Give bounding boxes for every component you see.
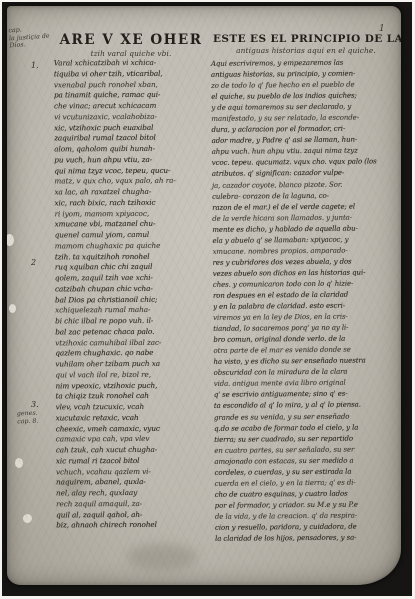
kiche-header: ARE V XE OHER tzih varal quiche vbi. <box>51 32 211 58</box>
paper-chip <box>15 458 23 468</box>
scan-frame: cap. la justiçia de Dios. 1 ARE V XE OHE… <box>0 0 415 599</box>
kiche-text-line: ri iyom, mamom xpiyacoc, <box>55 208 209 220</box>
margin-note-line: genes. <box>17 410 39 418</box>
kiche-text-line: pa tinamit quiche, ramac qui- <box>54 90 208 102</box>
kiche-text-line: pu vuch, hun ahpu vtiu, za- <box>54 154 208 166</box>
paragraph-number-2: 2 <box>31 258 36 267</box>
kiche-text-line: quenel camul yiom, camul <box>55 230 209 242</box>
kiche-text-line: xic, rach bixic, rach tzihoxic <box>54 197 208 209</box>
spanish-text-line: manifestado, y su ser relatado, la escon… <box>211 112 399 125</box>
spanish-text-column: Aqui escriviremos, y empezaremos lasanti… <box>211 57 401 545</box>
margin-note-line: Dios. <box>9 40 50 50</box>
kiche-text-line: rech zaquil amaquil, za- <box>56 498 210 510</box>
spanish-text-line: de la vida, y de la creacion. q' da resp… <box>215 510 401 523</box>
kiche-text-line: zaquiribal rumal tzacol bitol <box>54 133 208 145</box>
kiche-text-line: xucutaxic retaxic, vcah <box>56 412 210 424</box>
margin-note-top: cap. la justiçia de Dios. <box>8 25 50 50</box>
kiche-text-line: xa lac, ah raxatzel chugha- <box>54 187 208 199</box>
kiche-text-line: bal Dios pa christianoil chic; <box>55 294 209 306</box>
kiche-title: ARE V XE OHER <box>51 32 211 48</box>
paper-chip <box>23 514 32 523</box>
spanish-subtitle: antiguas historias aqui en el quiche. <box>213 46 399 55</box>
margin-note-genesis: genes. cap. 8. <box>17 410 39 426</box>
kiche-text-line: tzih. ta xquitzihoh ronohel <box>55 251 209 263</box>
paragraph-number-1: 1. <box>31 61 39 70</box>
spanish-text-line: vcoc. tepeu. qucumatz. vqux cho. vqux pa… <box>212 157 400 170</box>
kiche-text-line: qazlem chughaxic. qo nabe <box>55 348 209 360</box>
kiche-text-line: quil al, zaquil qahol, ah- <box>56 509 210 521</box>
kiche-text-line: nim vpeoxic, vtzihoxic puch, <box>55 380 209 392</box>
kiche-text-line: xmucane vbi, matzanel chu- <box>55 219 209 231</box>
paper-chip <box>7 234 14 246</box>
kiche-text-line: vtzihoxic camuhibal ilbal zac- <box>55 337 209 349</box>
spanish-text-line: ches. y comunicaron todo con lo q' hizie… <box>213 278 401 291</box>
kiche-text-line: vlev, vcah tzucuxic, vcah <box>56 402 210 414</box>
kiche-text-line: camaxic vpa cah, vpa vlev <box>56 434 210 446</box>
spanish-text-line: vida. antigua mente avia libro original <box>214 378 401 391</box>
spanish-text-line: cuerda en el cielo, y en la tierra; q' e… <box>215 477 401 490</box>
kiche-text-line: che vinac; arecut xchicacam <box>54 101 208 113</box>
kiche-text-line: naquirem, abanel, quxla- <box>56 477 210 489</box>
spanish-text-line: culebra- corazon de la laguna, co- <box>212 190 400 203</box>
kiche-text-line: vi vcutunizaxic, vcalahobiza- <box>54 111 208 123</box>
kiche-text-line: ruq xquiban chic chi zaquil <box>55 262 209 274</box>
spanish-header: ESTE ES EL PRINCIPIO DE LAS antiguas his… <box>213 33 399 55</box>
kiche-text-line: vxenabal puch ronohel xban, <box>54 79 208 91</box>
spanish-text-line: de la verde hicara son llamados. y junta… <box>212 212 400 225</box>
spanish-text-line: xmucane. nombres propios. amparado- <box>213 245 401 258</box>
paragraph-number-3: 3. <box>31 400 39 409</box>
kiche-text-line: xchiquelezah rumal maha- <box>55 305 209 317</box>
kiche-text-line: matz, v qux cho, vqux palo, ah ra- <box>54 176 208 188</box>
kiche-text-line: qui nima tzyz vcoc, tepeu, qucu- <box>54 165 208 177</box>
kiche-text-line: qui vl vach ilol re, bizol re, <box>55 369 209 381</box>
kiche-text-line: tiquiba vi oher tzih, vticaribal, <box>54 68 208 80</box>
kiche-text-line: mamom chughaxic pa quiche <box>55 240 209 252</box>
kiche-text-line: biz, ahnaoh chirech ronohel <box>56 520 210 532</box>
kiche-text-line: vchuch, vcahau qazlem vi- <box>56 466 210 478</box>
kiche-text-line: ta chiqiz tzuk ronohel cah <box>56 391 210 403</box>
kiche-text-line: bi chic ilbal re popo vuh. il- <box>55 316 209 328</box>
spanish-text-line: la claridad de los hijos, pensadores, y … <box>215 532 401 545</box>
kiche-text-column: Varal xchicatzibah vi xchica-tiquiba vi … <box>54 58 210 532</box>
spanish-text-line: ahpu vuch. hun ahpu vtiu. zaqui nima tzy… <box>212 146 400 159</box>
kiche-text-line: xic, vtzihoxic puch euaxibal <box>54 122 208 134</box>
kiche-text-line: catzibah chupan chic vcha- <box>55 283 209 295</box>
paper-chip <box>9 304 16 313</box>
spanish-text-line: tiandad, lo sacaremos porq' ya no ay li- <box>213 322 401 335</box>
spanish-text-line: amojonado con estacas, su ser medido a <box>214 455 401 468</box>
kiche-text-line: cheexic, vmeh camaxic, vyuc <box>56 423 210 435</box>
spanish-text-line: zo de todo lo q' fue hecho en el pueblo … <box>211 79 399 92</box>
kiche-text-line: bal zac petenac chaca palo. <box>55 326 209 338</box>
kiche-text-line: nel, alay rech, quxlaay <box>56 488 210 500</box>
spanish-text-line: Aqui escriviremos, y empezaremos las <box>211 57 399 70</box>
kiche-text-line: qolem, zaquil tzih vae xchi- <box>55 273 209 285</box>
spanish-text-line: otra parte de el mar es venido donde se <box>213 344 401 357</box>
paper-stain <box>127 544 197 570</box>
kiche-text-line: xic rumal ri tzacol bitol <box>56 455 210 467</box>
kiche-subtitle: tzih varal quiche vbi. <box>51 49 211 58</box>
photo-background: cap. la justiçia de Dios. 1 ARE V XE OHE… <box>2 2 412 596</box>
margin-note-line: cap. 8. <box>17 417 39 425</box>
kiche-text-line: cah tzuk, cah xucut chugha- <box>56 445 210 457</box>
kiche-text-line: alom, qaholom quibi hunah- <box>54 144 208 156</box>
manuscript-page: cap. la justiçia de Dios. 1 ARE V XE OHE… <box>7 6 401 585</box>
kiche-text-line: vuhilam oher tzibam puch xa <box>55 359 209 371</box>
spanish-title: ESTE ES EL PRINCIPIO DE LAS <box>213 33 399 45</box>
spanish-text-line: grande es su venida, y su ser enseñado <box>214 411 401 424</box>
kiche-text-line: Varal xchicatzibah vi xchica- <box>54 58 208 70</box>
